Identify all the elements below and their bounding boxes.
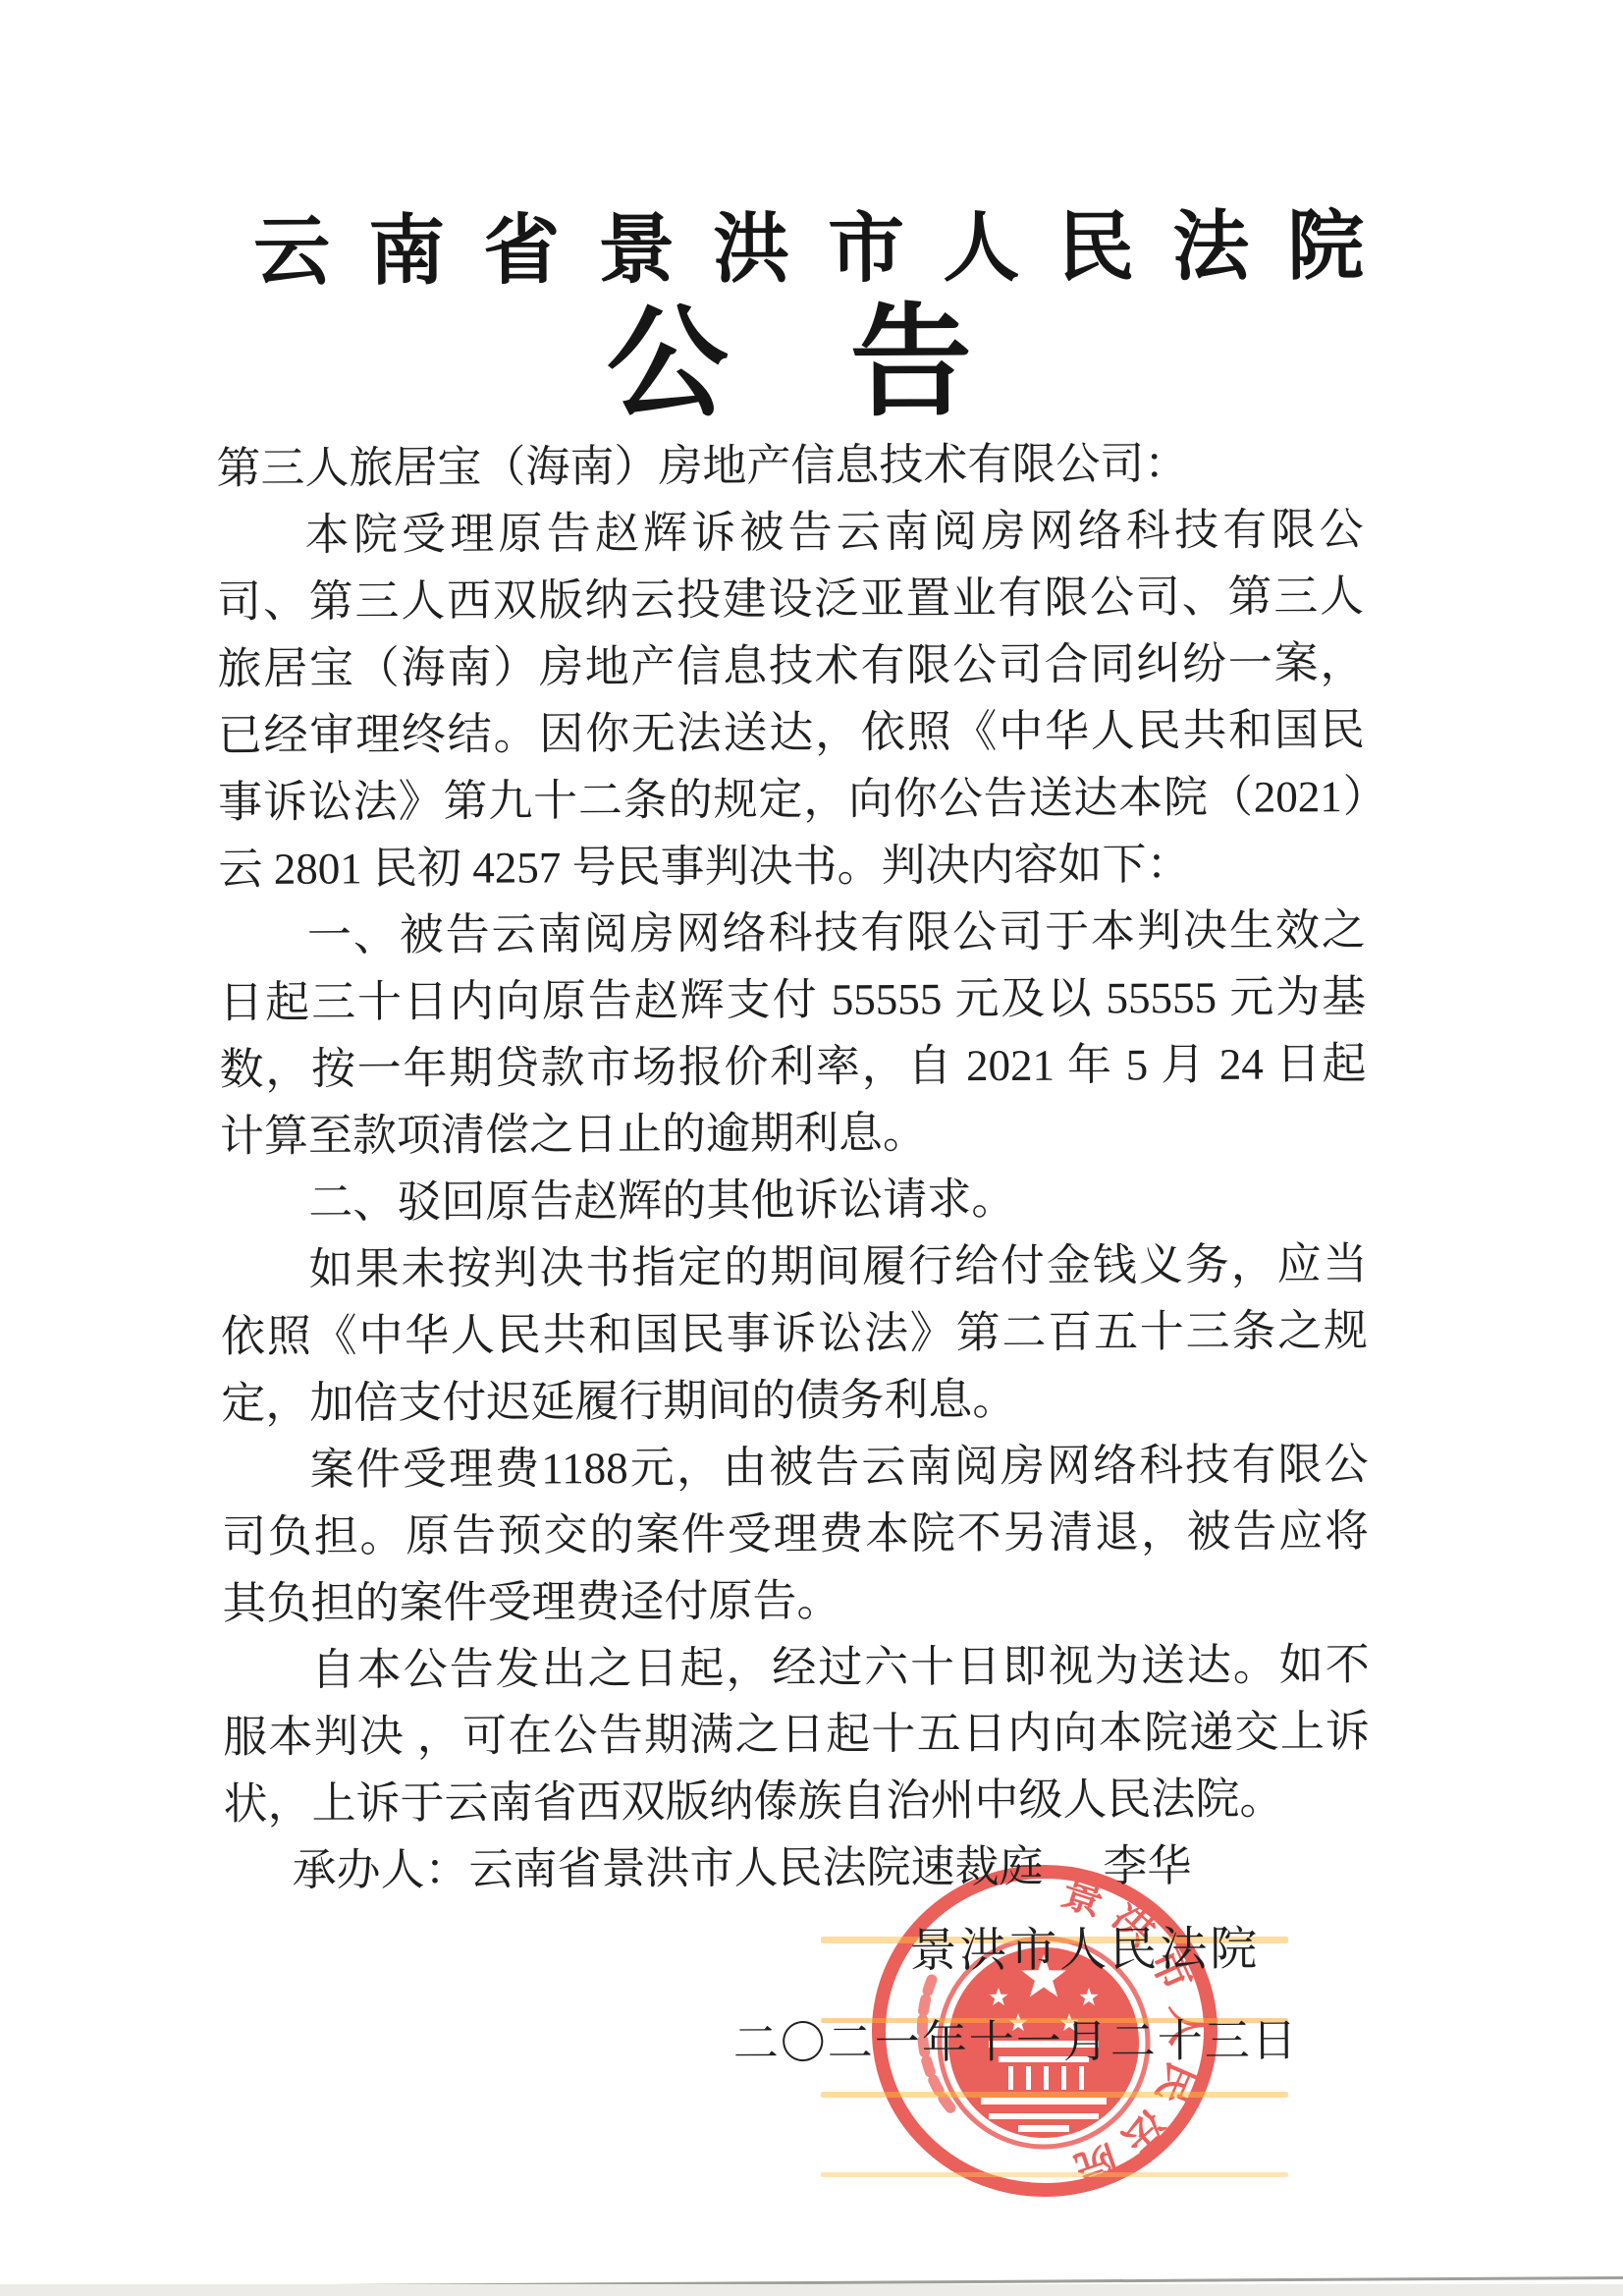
paragraph-judgment-item-1: 一、被告云南阅房网络科技有限公司于本判决生效之日起三十日内向原告赵辉支付 555…: [219, 897, 1367, 1170]
handler-line: 承办人：云南省景洪市人民法院速裁庭李华: [224, 1831, 1371, 1904]
paragraph-judgment-item-2: 二、驳回原告赵辉的其他诉讼请求。: [220, 1164, 1367, 1236]
paragraph-case-intro: 本院受理原告赵辉诉被告云南阅房网络科技有限公司、第三人西双版纳云投建设泛亚置业有…: [217, 496, 1366, 902]
page-title: 公告: [216, 300, 1364, 427]
scan-edge-strip: [0, 2284, 1623, 2296]
body-text: 第三人旅居宝（海南）房地产信息技术有限公司： 本院受理原告赵辉诉被告云南阅房网络…: [216, 429, 1370, 1837]
signature-court-name: 景洪市人民法院: [909, 1911, 1260, 1981]
paragraph-court-fee: 案件受理费1188元，由被告云南阅房网络科技有限公司负担。原告预交的案件受理费本…: [222, 1431, 1370, 1637]
printed-text-layer: 云南省景洪市人民法院 公告 第三人旅居宝（海南）房地产信息技术有限公司： 本院受…: [0, 0, 1623, 2296]
salutation: 第三人旅居宝（海南）房地产信息技术有限公司：: [216, 429, 1363, 502]
handler-name: 李华: [1103, 1841, 1191, 1890]
announcement-page: 景洪市人民法院 云南省景洪市人民法院 公告 第三人旅居宝（海南）房地产信息技术有…: [0, 0, 1623, 2296]
document-content: 云南省景洪市人民法院 公告 第三人旅居宝（海南）房地产信息技术有限公司： 本院受…: [215, 207, 1371, 1904]
court-title: 云南省景洪市人民法院: [215, 207, 1362, 290]
signature-date: 二〇二一年十一月二十三日: [733, 2004, 1299, 2072]
handler-court: 云南省景洪市人民法院速裁庭: [468, 1842, 1043, 1894]
handler-label: 承办人：: [292, 1845, 468, 1895]
paragraph-late-performance: 如果未按判决书指定的期间履行给付金钱义务，应当依照《中华人民共和国民事诉讼法》第…: [220, 1230, 1368, 1437]
paragraph-service-period: 自本公告发出之日起，经过六十日即视为送达。如不服本判决 ，可在公告期满之日起十五…: [223, 1631, 1371, 1837]
